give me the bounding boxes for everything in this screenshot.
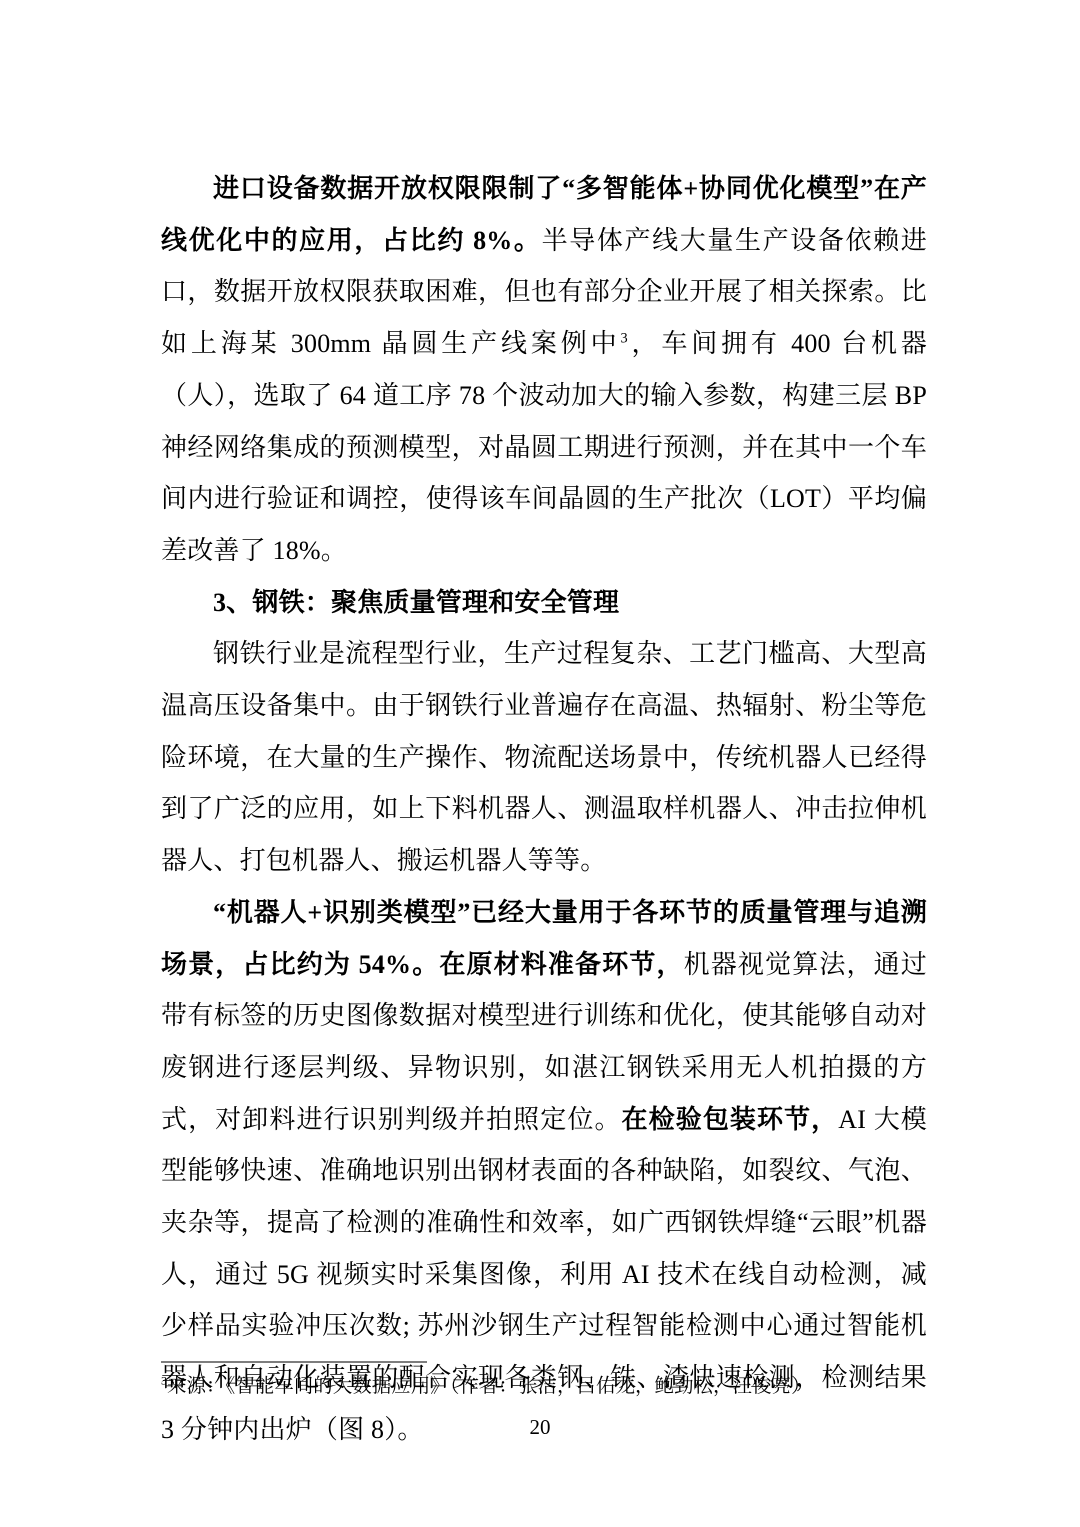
heading-steel-section: 3、钢铁：聚焦质量管理和安全管理 bbox=[161, 577, 927, 629]
document-body: 进口设备数据开放权限限制了“多智能体+协同优化模型”在产线优化中的应用，占比约 … bbox=[161, 163, 927, 1456]
text-segment: 钢铁行业是流程型行业，生产过程复杂、工艺门槛高、大型高温高压设备集中。由于钢铁行… bbox=[161, 639, 927, 875]
text-segment: ，车间拥有 400 台机器（人），选取了 64 道工序 78 个波动加大的输入参… bbox=[161, 329, 927, 565]
text-segment-bold: 3、钢铁：聚焦质量管理和安全管理 bbox=[213, 588, 619, 617]
para-steel-industry-intro: 钢铁行业是流程型行业，生产过程复杂、工艺门槛高、大型高温高压设备集中。由于钢铁行… bbox=[161, 628, 927, 887]
footnote-text: 来源：《智能车间的大数据应用》（作者：张洁，吕佑龙，鲍劲松，汪俊亮） bbox=[167, 1376, 811, 1397]
page-number: 20 bbox=[0, 1412, 1080, 1442]
footnote-reference: 3 bbox=[620, 330, 627, 346]
para-robot-recognition-model: “机器人+识别类模型”已经大量用于各环节的质量管理与追溯场景，占比约为 54%。… bbox=[161, 887, 927, 1456]
text-segment-bold: 在检验包装环节， bbox=[622, 1105, 839, 1134]
document-page: 进口设备数据开放权限限制了“多智能体+协同优化模型”在产线优化中的应用，占比约 … bbox=[0, 0, 1080, 1527]
footnote-separator bbox=[161, 1361, 427, 1363]
footnote: 3来源：《智能车间的大数据应用》（作者：张洁，吕佑龙，鲍劲松，汪俊亮） bbox=[161, 1372, 951, 1402]
para-semiconductor-imported-equipment: 进口设备数据开放权限限制了“多智能体+协同优化模型”在产线优化中的应用，占比约 … bbox=[161, 163, 927, 577]
